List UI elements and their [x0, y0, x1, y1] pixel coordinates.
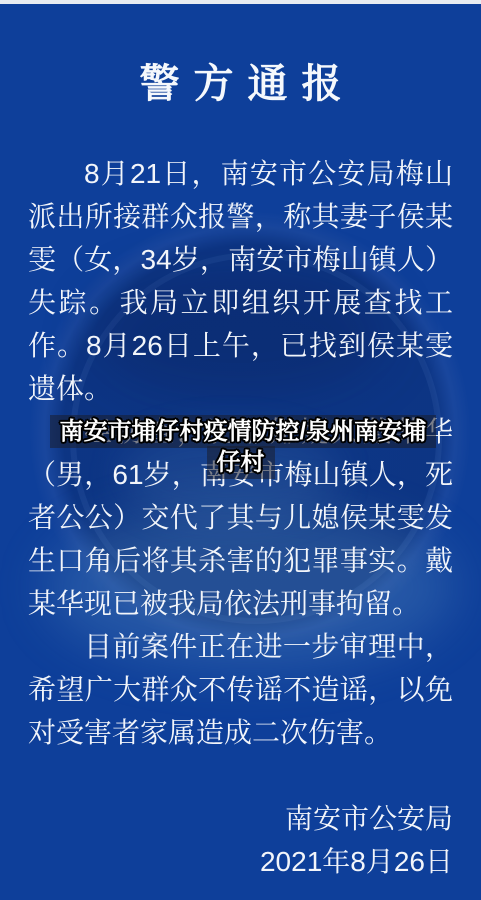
notice-paragraph-3: 目前案件正在进一步审理中，希望广大群众不传谣不造谣，以免对受害者家属造成二次伤害… — [28, 625, 453, 754]
police-notice-poster: 警方通报 8月21日，南安市公安局梅山派出所接群众报警，称其妻子侯某雯（女，34… — [0, 0, 481, 900]
signature-date: 2021年8月26日 — [28, 840, 453, 883]
signature-block: 南安市公安局 2021年8月26日 — [28, 797, 453, 883]
top-strip — [0, 0, 481, 4]
notice-title: 警方通报 — [0, 62, 481, 106]
signature-agency: 南安市公安局 — [28, 797, 453, 840]
video-title-overlay: 南安市埔仔村疫情防控/泉州南安埔仔村 — [50, 416, 432, 478]
notice-body: 8月21日，南安市公安局梅山派出所接群众报警，称其妻子侯某雯（女，34岁，南安市… — [0, 152, 481, 883]
video-title-text: 南安市埔仔村疫情防控/泉州南安埔仔村 — [50, 415, 437, 479]
notice-paragraph-1: 8月21日，南安市公安局梅山派出所接群众报警，称其妻子侯某雯（女，34岁，南安市… — [28, 152, 453, 410]
